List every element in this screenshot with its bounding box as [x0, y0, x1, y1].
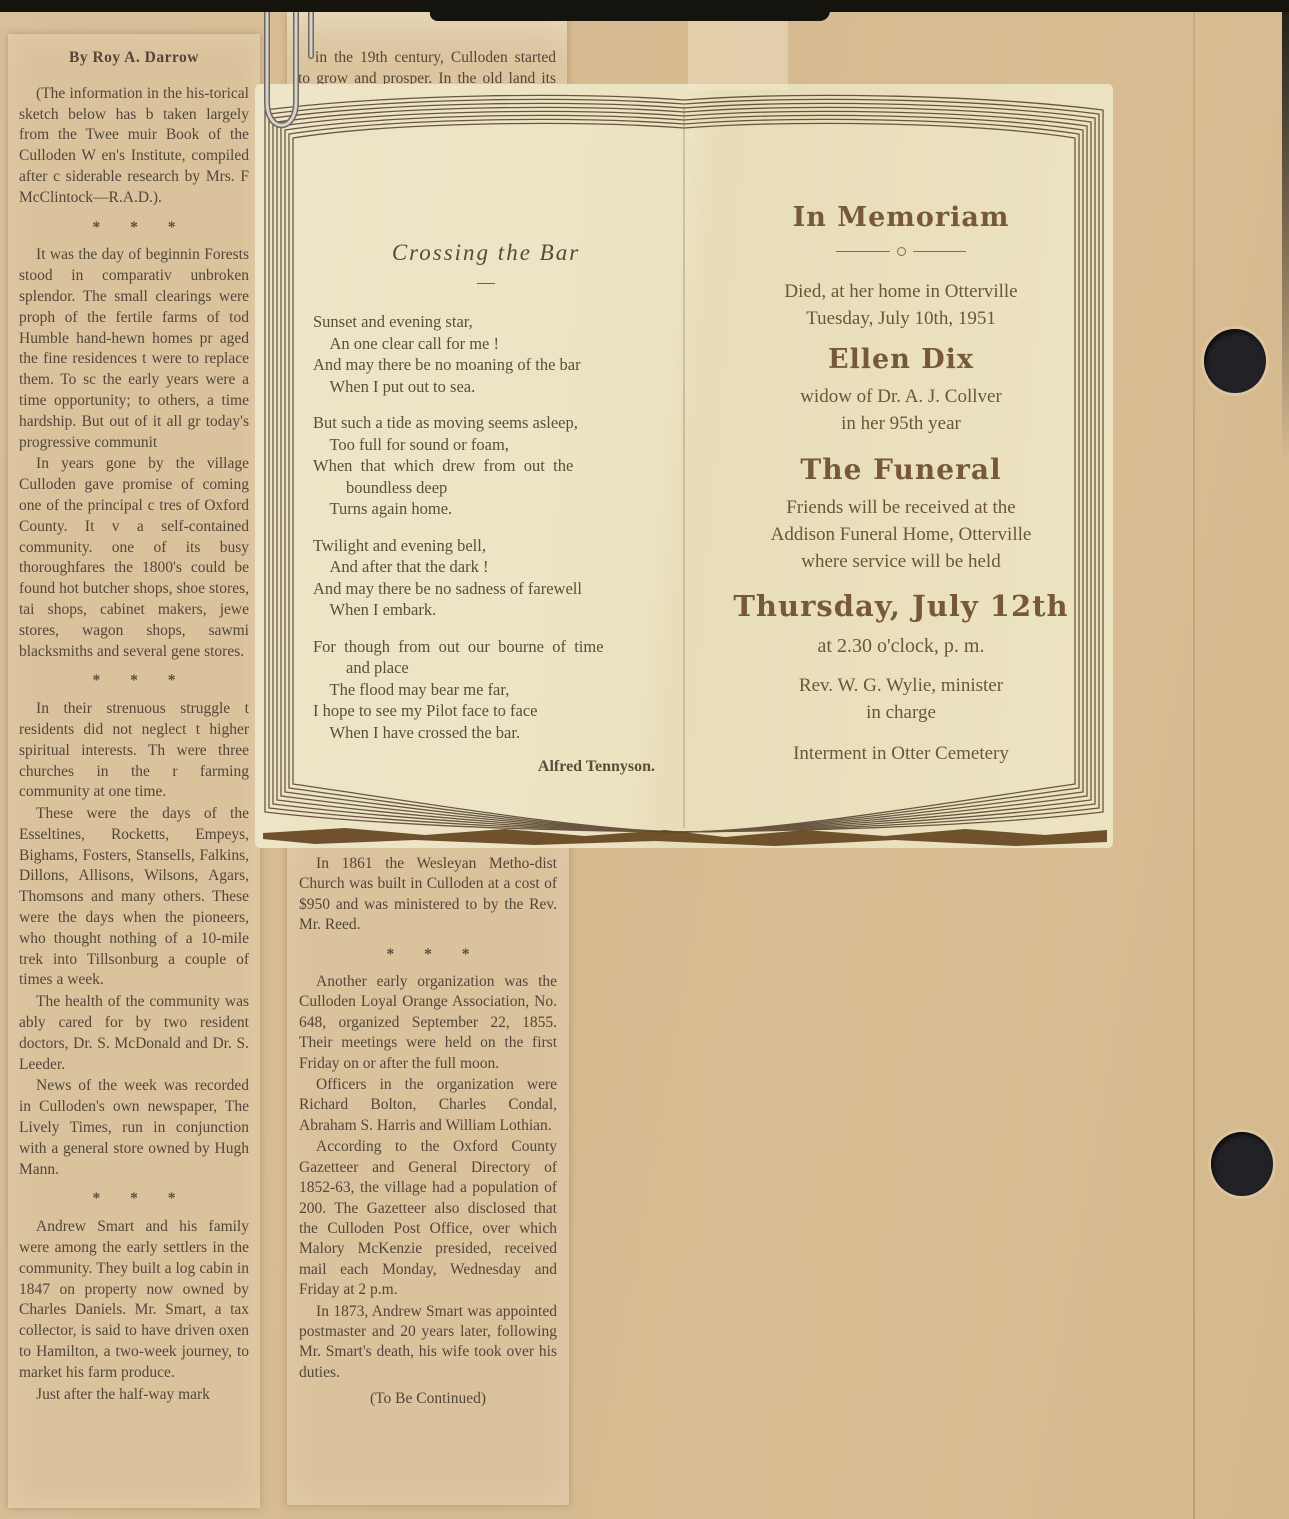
widow-line: widow of Dr. A. J. Collver [723, 383, 1079, 410]
text-line: When that which drew from out the [313, 455, 659, 477]
divider-bar [913, 251, 967, 252]
newspaper-byline: By Roy A. Darrow [19, 48, 249, 69]
text-line: boundless deep [313, 477, 659, 499]
poem-stanza-1: Sunset and evening star, An one clear ca… [313, 311, 659, 397]
text-line: Addison Funeral Home, Otterville [723, 521, 1079, 548]
text-line: And after that the dark ! [313, 556, 659, 578]
poem-attribution: Alfred Tennyson. [313, 758, 659, 776]
tape-patch [688, 10, 788, 90]
newspaper-para: Just after the half-way mark [19, 1385, 249, 1406]
newspaper-clipping-middle-bottom: In 1861 the Wesleyan Metho-dist Church w… [287, 838, 569, 1505]
text-line: For though from out our bourne of time [313, 636, 659, 658]
funeral-date: Thursday, July 12th [723, 589, 1079, 623]
funeral-title: The Funeral [723, 453, 1079, 486]
page-fold-line [1193, 10, 1195, 1519]
newspaper-para: Andrew Smart and his family were among t… [19, 1217, 249, 1383]
friends-lines: Friends will be received at theAddison F… [723, 494, 1079, 575]
poem-stanza-3: Twilight and evening bell, And after tha… [313, 535, 659, 621]
text-line: And may there be no sadness of farewell [313, 578, 659, 600]
text-line: But such a tide as moving seems asleep, [313, 412, 659, 434]
newspaper-para: In 1873, Andrew Smart was appointed post… [299, 1302, 557, 1384]
year-line: in her 95th year [723, 410, 1079, 437]
minister-line-2: in charge [723, 699, 1079, 726]
photo-right-edge [1282, 0, 1289, 462]
memorial-card: Crossing the Bar — Sunset and evening st… [255, 84, 1113, 848]
died-line-2: Tuesday, July 10th, 1951 [723, 305, 1079, 332]
poem-divider: — [313, 272, 659, 293]
text-line: When I put out to sea. [313, 376, 659, 398]
newspaper-center: (To Be Continued) [299, 1389, 557, 1409]
minister-line-1: Rev. W. G. Wylie, minister [723, 672, 1079, 699]
died-line-1: Died, at her home in Otterville [723, 278, 1079, 305]
newspaper-para: In 1861 the Wesleyan Metho-dist Church w… [299, 854, 557, 936]
text-line: Sunset and evening star, [313, 311, 659, 333]
memoriam-title: In Memoriam [723, 202, 1079, 233]
torn-bottom-edge [263, 828, 1107, 846]
hole-punch-top [1204, 329, 1266, 393]
poem-title: Crossing the Bar [313, 240, 659, 266]
newspaper-stars: * * * [299, 945, 557, 965]
scrapbook-photo: By Roy A. Darrow(The information in the … [0, 0, 1289, 1519]
text-line: Friends will be received at the [723, 494, 1079, 521]
text-line: and place [313, 657, 659, 679]
poem-stanza-2: But such a tide as moving seems asleep, … [313, 412, 659, 520]
paperclip-icon [250, 0, 328, 152]
text-line: where service will be held [723, 548, 1079, 575]
newspaper-para: Officers in the organization were Richar… [299, 1075, 557, 1136]
newspaper-stars: * * * [19, 671, 249, 692]
newspaper-stars: * * * [19, 218, 249, 239]
newspaper-clipping-left: By Roy A. Darrow(The information in the … [8, 34, 260, 1508]
text-line: When I have crossed the bar. [313, 722, 659, 744]
text-line: And may there be no moaning of the bar [313, 354, 659, 376]
newspaper-para: The health of the community was ably car… [19, 992, 249, 1075]
text-line: Twilight and evening bell, [313, 535, 659, 557]
newspaper-stars: * * * [19, 1189, 249, 1210]
newspaper-para: These were the days of the Esseltines, R… [19, 804, 249, 991]
text-line: I hope to see my Pilot face to face [313, 700, 659, 722]
funeral-time: at 2.30 o'clock, p. m. [723, 633, 1079, 660]
newspaper-para: News of the week was recorded in Cullode… [19, 1076, 249, 1180]
deceased-name: Ellen Dix [723, 344, 1079, 375]
newspaper-para: According to the Oxford County Gazetteer… [299, 1137, 557, 1300]
photo-top-edge-notch [430, 0, 831, 21]
divider-dot [897, 247, 906, 256]
newspaper-para: (The information in the his-torical sket… [19, 84, 249, 209]
interment-line: Interment in Otter Cemetery [723, 740, 1079, 767]
newspaper-para: It was the day of beginnin Forests stood… [19, 245, 249, 453]
newspaper-para: Another early organization was the Cullo… [299, 972, 557, 1074]
divider-bar [836, 251, 890, 252]
memoriam-divider-icon [836, 247, 966, 256]
text-line: An one clear call for me ! [313, 333, 659, 355]
text-line: Turns again home. [313, 498, 659, 520]
text-line: The flood may bear me far, [313, 679, 659, 701]
poem-stanza-4: For though from out our bourne of time a… [313, 636, 659, 744]
text-line: When I embark. [313, 599, 659, 621]
newspaper-para: In their strenuous struggle t residents … [19, 699, 249, 803]
card-left-page: Crossing the Bar — Sunset and evening st… [313, 240, 659, 776]
hole-punch-bottom [1211, 1132, 1273, 1196]
card-right-page: In Memoriam Died, at her home in Ottervi… [723, 202, 1079, 767]
newspaper-para: In years gone by the village Culloden ga… [19, 454, 249, 662]
text-line: Too full for sound or foam, [313, 434, 659, 456]
